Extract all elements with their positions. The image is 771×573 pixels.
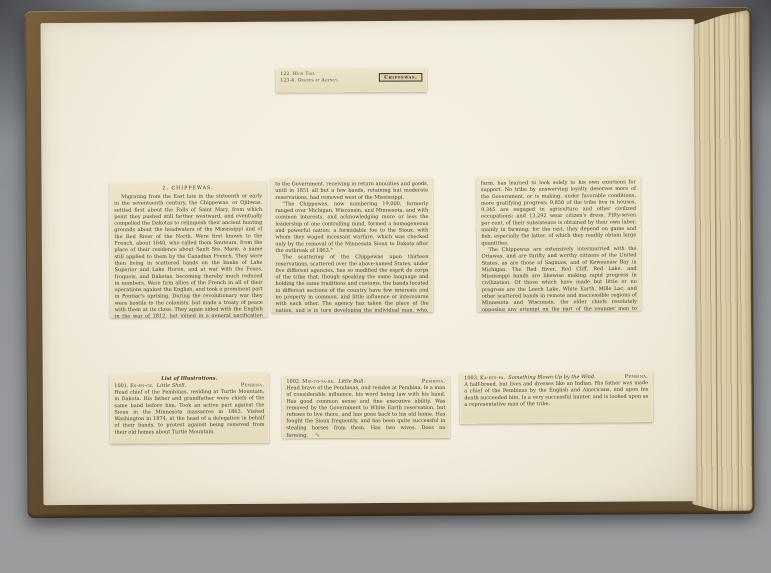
article-paragraph: The Chippewas are extensively intermarri… <box>481 245 637 311</box>
article-paragraph: Migrating from the East late in the sixt… <box>114 193 263 318</box>
entry-number: 1001. <box>114 383 128 389</box>
entry-native-name: Ka-ees-pa. <box>480 375 505 381</box>
entry-band: Pembina. <box>422 379 445 385</box>
article-paragraph: The scattering of the Chippewas upon thi… <box>275 254 428 313</box>
entry-heading: Pembina.1002.Mis-to-ya-be.Little Bull. <box>286 379 445 385</box>
entry-description: Head brave of the Pembinas, and resides … <box>286 385 445 439</box>
tribe-name-stamp: Chippewas. <box>379 73 422 82</box>
list-of-illustrations-heading: List of Illustrations. <box>114 375 264 381</box>
article-title: 2. CHIPPEWAS. <box>114 185 262 191</box>
clipping-article-column-left: 2. CHIPPEWAS. Migrating from the East la… <box>110 182 268 318</box>
article-paragraph: farm, has learned to look solely to his … <box>481 179 637 247</box>
clipping-illustration-entry-1003: Pembina.1003.Ka-ees-pa.Something Blown U… <box>460 371 653 424</box>
clipping-illustration-entry-1002: Pembina.1002.Mis-to-ya-be.Little Bull. H… <box>282 376 450 438</box>
entry-description: Head chief of the Pembinas, residing at … <box>114 388 264 435</box>
pencil-mark-icon: ∿ <box>315 431 320 438</box>
entry-band: Pembina. <box>625 374 648 380</box>
article-paragraph: “The Chippewas, now numbering 19,000, fo… <box>275 200 428 254</box>
entry-native-name: Mis-to-ya-be. <box>302 379 335 385</box>
clipping-article-column-right: farm, has learned to look solely to his … <box>476 176 641 311</box>
entry-description: A half-breed, but lives and dresses like… <box>464 380 648 408</box>
entry-native-name: Es-en-ce. <box>130 383 154 389</box>
clipping-illustration-entry-1001: List of Illustrations. Pembina.1001.Es-e… <box>110 373 269 444</box>
album-book: 122. High Toh. 123-4. Groups at Agency. … <box>24 7 754 518</box>
entry-translated-name: Little Shell. <box>157 383 187 389</box>
entry-band: Pembina. <box>241 382 264 388</box>
entry-translated-name: Little Bull. <box>338 379 365 385</box>
entry-number: 1003. <box>464 375 478 381</box>
clipping-article-column-middle: to the Government, receiving in return a… <box>271 178 433 312</box>
clipping-caption-label: 122. High Toh. 123-4. Groups at Agency. … <box>276 68 427 93</box>
caption-lines: 122. High Toh. 123-4. Groups at Agency. <box>280 71 339 84</box>
entry-number: 1002. <box>286 379 300 385</box>
article-paragraph: to the Government, receiving in return a… <box>275 181 428 201</box>
entry-description-text: Head brave of the Pembinas, and resides … <box>286 385 445 438</box>
page-stack-fore-edge <box>689 10 752 511</box>
photo-background: 122. High Toh. 123-4. Groups at Agency. … <box>0 0 771 573</box>
caption-line-2: 123-4. Groups at Agency. <box>280 77 339 84</box>
